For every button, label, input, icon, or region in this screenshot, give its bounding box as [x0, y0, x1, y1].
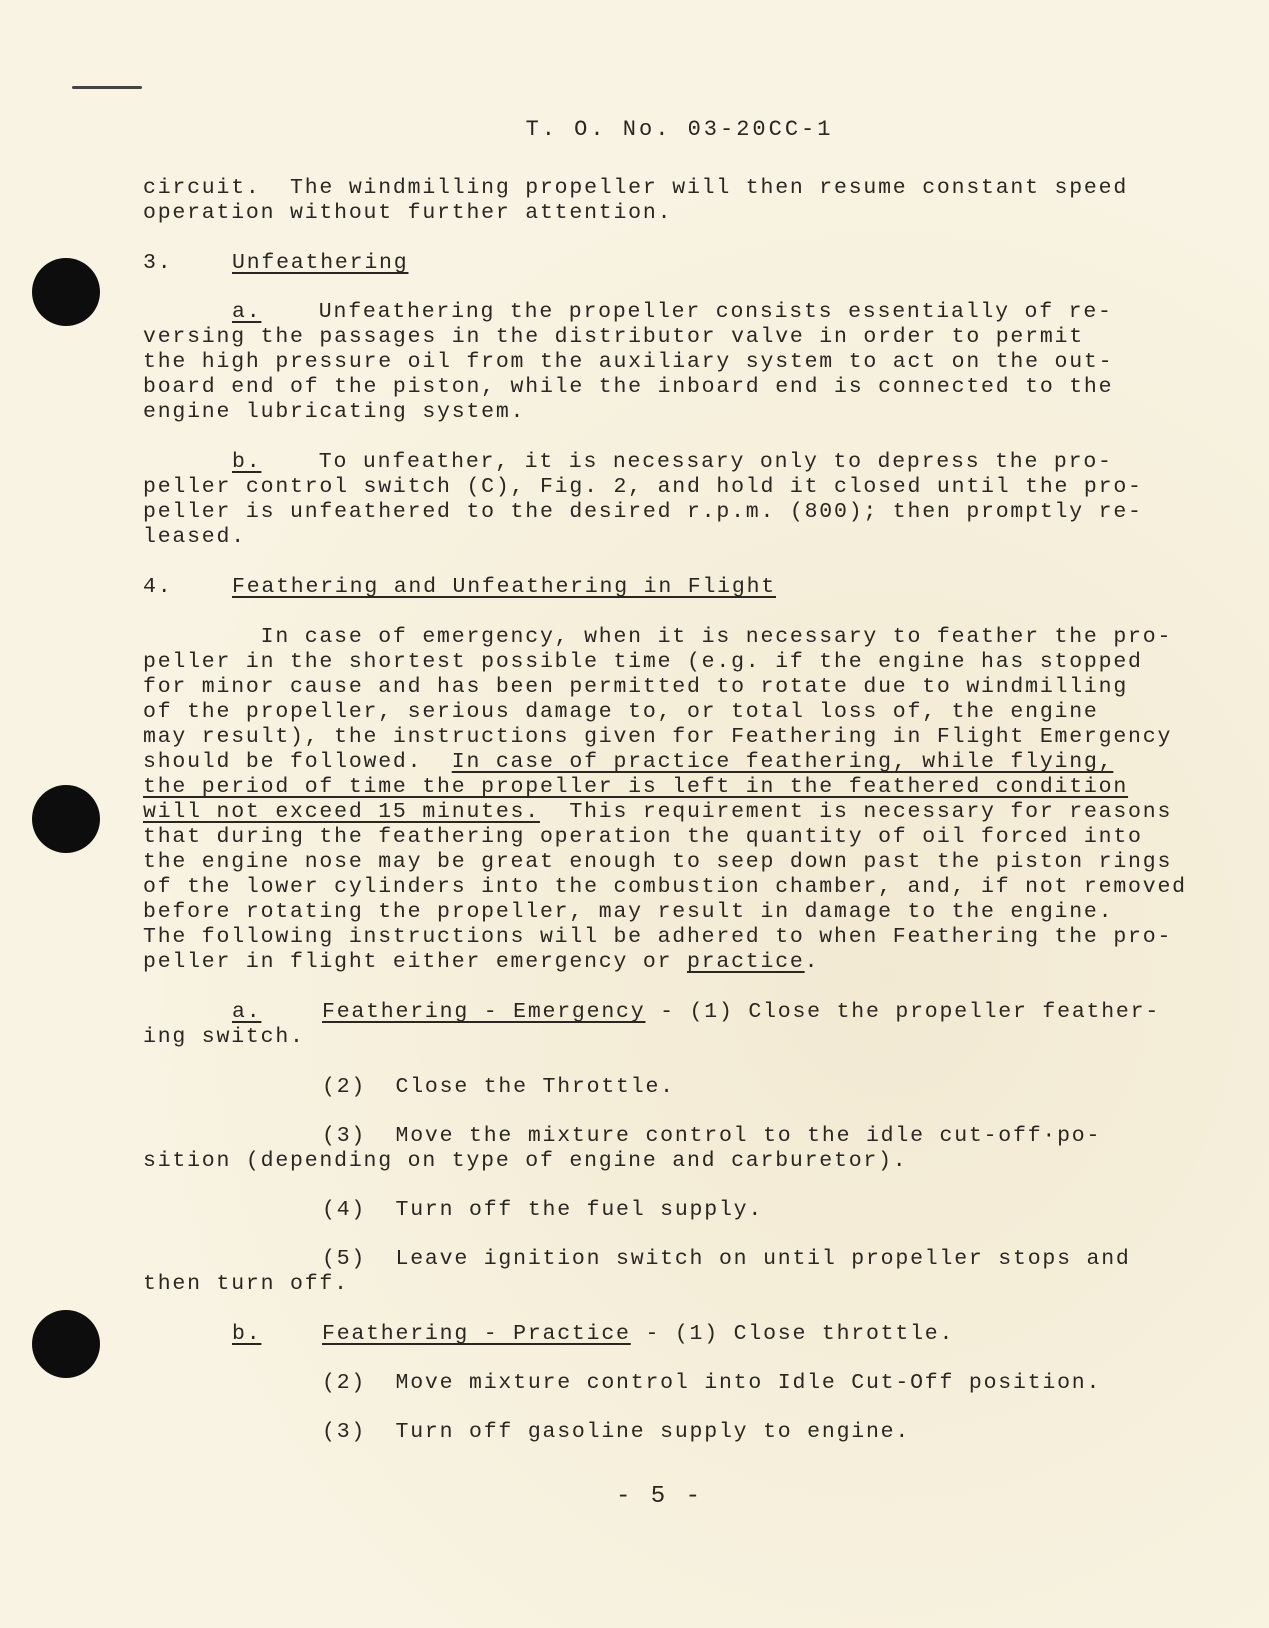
- document-number: T. O. No. 03-20CC-1: [0, 117, 1269, 142]
- section-title: Feathering and Unfeathering in Flight: [232, 575, 776, 600]
- step: (3) Move the mixture control to the idle…: [322, 1124, 1101, 1149]
- body-line: for minor cause and has been permitted t…: [143, 675, 1128, 700]
- body-line: Feathering - Emergency - (1) Close the p…: [322, 1000, 1160, 1025]
- body-text: - (1) Close throttle.: [631, 1322, 954, 1346]
- subheading: Feathering - Emergency: [322, 1000, 645, 1024]
- body-line: board end of the piston, while the inboa…: [143, 375, 1113, 400]
- body-line: The following instructions will be adher…: [143, 925, 1172, 950]
- body-line: then turn off.: [143, 1272, 349, 1297]
- step: (5) Leave ignition switch on until prope…: [322, 1247, 1131, 1272]
- body-line: To unfeather, it is necessary only to de…: [260, 450, 1113, 475]
- body-line: the high pressure oil from the auxiliary…: [143, 350, 1113, 375]
- body-line: of the lower cylinders into the combusti…: [143, 875, 1187, 900]
- subheading: Feathering - Practice: [322, 1322, 631, 1346]
- page-number: - 5 -: [0, 1483, 1269, 1510]
- step: (2) Move mixture control into Idle Cut-O…: [322, 1371, 1101, 1396]
- step: (2) Close the Throttle.: [322, 1075, 675, 1100]
- body-line: peller in the shortest possible time (e.…: [143, 650, 1143, 675]
- body-line: the engine nose may be great enough to s…: [143, 850, 1172, 875]
- body-line: peller is unfeathered to the desired r.p…: [143, 500, 1143, 525]
- body-text: .: [805, 950, 820, 974]
- body-line: should be followed. In case of practice …: [143, 750, 1113, 775]
- body-line: peller in flight either emergency or pra…: [143, 950, 819, 975]
- binder-hole-middle: [32, 785, 100, 853]
- body-line: operation without further attention.: [143, 201, 672, 226]
- body-line: engine lubricating system.: [143, 400, 525, 425]
- body-line: that during the feathering operation the…: [143, 825, 1143, 850]
- underlined-text: the period of time the propeller is left…: [143, 775, 1128, 800]
- body-line: may result), the instructions given for …: [143, 725, 1172, 750]
- body-line: circuit. The windmilling propeller will …: [143, 176, 1128, 201]
- body-line: sition (depending on type of engine and …: [143, 1149, 908, 1174]
- body-text: peller in flight either emergency or: [143, 950, 687, 974]
- body-line: ing switch.: [143, 1025, 305, 1050]
- pen-mark: [72, 86, 142, 89]
- body-line: versing the passages in the distributor …: [143, 325, 1084, 350]
- item-label: b.: [232, 450, 261, 475]
- body-line: before rotating the propeller, may resul…: [143, 900, 1113, 925]
- body-line: peller control switch (C), Fig. 2, and h…: [143, 475, 1143, 500]
- item-label: b.: [232, 1322, 261, 1347]
- section-number: 4.: [143, 575, 172, 600]
- binder-hole-top: [32, 258, 100, 326]
- item-label: a.: [232, 1000, 261, 1025]
- step: (4) Turn off the fuel supply.: [322, 1198, 763, 1223]
- body-text: This requirement is necessary for reason…: [540, 800, 1172, 824]
- body-text: should be followed.: [143, 750, 452, 774]
- binder-hole-bottom: [32, 1310, 100, 1378]
- section-number: 3.: [143, 251, 172, 276]
- body-line: leased.: [143, 525, 246, 550]
- body-line: of the propeller, serious damage to, or …: [143, 700, 1099, 725]
- document-page: T. O. No. 03-20CC-1 circuit. The windmil…: [0, 0, 1269, 1628]
- body-line: In case of emergency, when it is necessa…: [143, 625, 1172, 650]
- body-line: will not exceed 15 minutes. This require…: [143, 800, 1172, 825]
- item-label: a.: [232, 300, 261, 325]
- step: (3) Turn off gasoline supply to engine.: [322, 1420, 910, 1445]
- underlined-text: practice: [687, 950, 805, 974]
- body-line: Feathering - Practice - (1) Close thrott…: [322, 1322, 954, 1347]
- underlined-text: will not exceed 15 minutes.: [143, 800, 540, 824]
- underlined-text: In case of practice feathering, while fl…: [452, 750, 1114, 774]
- section-title: Unfeathering: [232, 251, 408, 276]
- body-text: - (1) Close the propeller feather-: [645, 1000, 1160, 1024]
- body-line: Unfeathering the propeller consists esse…: [260, 300, 1113, 325]
